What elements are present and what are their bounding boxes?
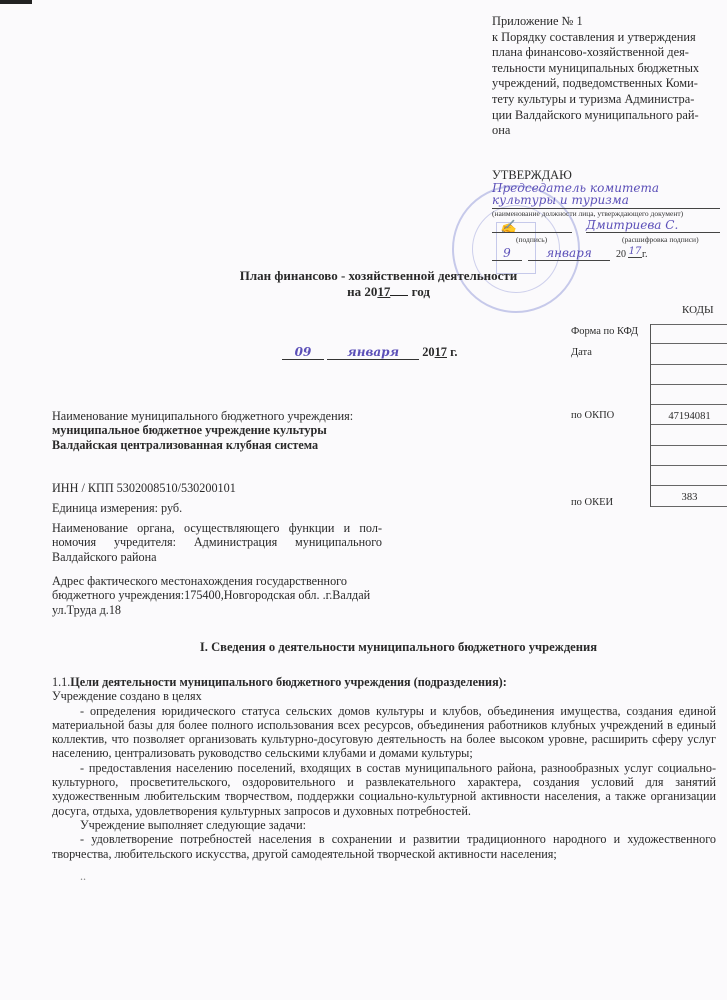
section-1-title: I. Сведения о деятельности муниципальног…	[0, 640, 727, 655]
document-title: План финансово - хозяйственной деятельно…	[0, 268, 727, 300]
subsection-title: Цели деятельности муниципального бюджетн…	[70, 675, 507, 689]
institution-name-line-2: Валдайская централизованная клубная сист…	[52, 438, 412, 452]
approval-month-handwritten: января	[528, 246, 610, 261]
code-label-okei: по ОКЕИ	[571, 497, 613, 508]
appendix-line: ции Валдайского муниципального рай-	[492, 108, 722, 124]
position-caption: (наименование должности лица, утверждающ…	[492, 209, 720, 218]
appendix-line: плана финансово-хозяйственной дея-	[492, 45, 722, 61]
appendix-line: к Порядку составления и утверждения	[492, 30, 722, 46]
appendix-line: тету культуры и туризма Администра-	[492, 92, 722, 108]
section-1-body: 1.1.Цели деятельности муниципального бюд…	[52, 675, 716, 883]
title-line-1: План финансово - хозяйственной деятельно…	[30, 268, 727, 284]
goals-intro: Учреждение создано в целях	[52, 689, 716, 703]
code-cell	[651, 446, 727, 466]
title-year-prefix: на 20	[347, 284, 377, 299]
code-cell-okei: 383	[651, 486, 727, 506]
code-label-form: Форма по КФД	[571, 326, 638, 337]
code-cell	[651, 466, 727, 486]
approver-position-handwritten-2: культуры и туризма	[492, 194, 720, 209]
code-cell-okpo: 47194081	[651, 405, 727, 425]
institution-name-line-1: муниципальное бюджетное учреждение культ…	[52, 423, 412, 437]
appendix-line: тельности муниципальных бюджетных	[492, 61, 722, 77]
institution-name-block: Наименование муниципального бюджетного у…	[52, 409, 412, 452]
code-label-date: Дата	[571, 347, 592, 358]
appendix-line: учреждений, подведомственных Коми-	[492, 76, 722, 92]
inn-kpp: ИНН / КПП 5302008510/530200101	[52, 481, 412, 495]
approval-year-prefix: 20	[616, 249, 626, 260]
tasks-intro: Учреждение выполняет следующие задачи:	[52, 818, 716, 832]
trailing-mark: ..	[52, 869, 716, 883]
name-caption: (расшифровка подписи)	[622, 235, 699, 244]
unit-of-measure: Единица измерения: руб.	[52, 501, 412, 515]
approval-year-handwritten: 17	[628, 246, 642, 258]
goal-item: - предоставления населению поселений, вх…	[52, 761, 716, 818]
approval-block: УТВЕРЖДАЮ Председатель комитета культуры…	[492, 168, 727, 264]
task-item: - удовлетворение потребностей населения …	[52, 832, 716, 861]
goal-item: - определения юридического статуса сельс…	[52, 704, 716, 761]
title-year-suffix: год	[408, 284, 430, 299]
plan-date-month-handwritten: января	[327, 345, 419, 360]
code-cell	[651, 365, 727, 385]
plan-date-day-handwritten: 09	[282, 345, 324, 360]
scan-corner-mark	[0, 0, 32, 4]
approval-year-suffix: г.	[642, 249, 647, 260]
appendix-note: Приложение № 1 к Порядку составления и у…	[492, 14, 722, 139]
code-cell-form	[651, 324, 727, 344]
plan-date-year-prefix: 20	[422, 345, 434, 359]
approver-name-handwritten: Дмитриева С.	[586, 218, 720, 233]
code-cell-date	[651, 344, 727, 364]
codes-table: 47194081 383	[650, 324, 727, 507]
subsection-number: 1.1.	[52, 675, 70, 689]
code-cell	[651, 425, 727, 445]
plan-date-year-suffix: г.	[447, 345, 457, 359]
approval-heading: УТВЕРЖДАЮ	[492, 168, 727, 182]
plan-date-year: 17	[435, 345, 447, 359]
title-year: 17	[377, 284, 390, 299]
address-text: Адрес фактического местонахождения госуд…	[52, 574, 372, 617]
subsection-heading: 1.1.Цели деятельности муниципального бюд…	[52, 675, 716, 689]
codes-title: КОДЫ	[682, 304, 714, 316]
appendix-line: она	[492, 123, 722, 139]
appendix-line: Приложение № 1	[492, 14, 722, 30]
code-cell	[651, 385, 727, 405]
institution-name-label: Наименование муниципального бюджетного у…	[52, 409, 412, 423]
plan-date: 09 января 2017 г.	[282, 345, 457, 360]
code-label-okpo: по ОКПО	[571, 410, 614, 421]
title-line-2: на 2017 год	[30, 284, 727, 300]
approval-day-handwritten: 9	[492, 246, 522, 261]
signature-caption: (подпись)	[516, 235, 547, 244]
founder-text: Наименование органа, осуществляющего фун…	[52, 521, 382, 564]
